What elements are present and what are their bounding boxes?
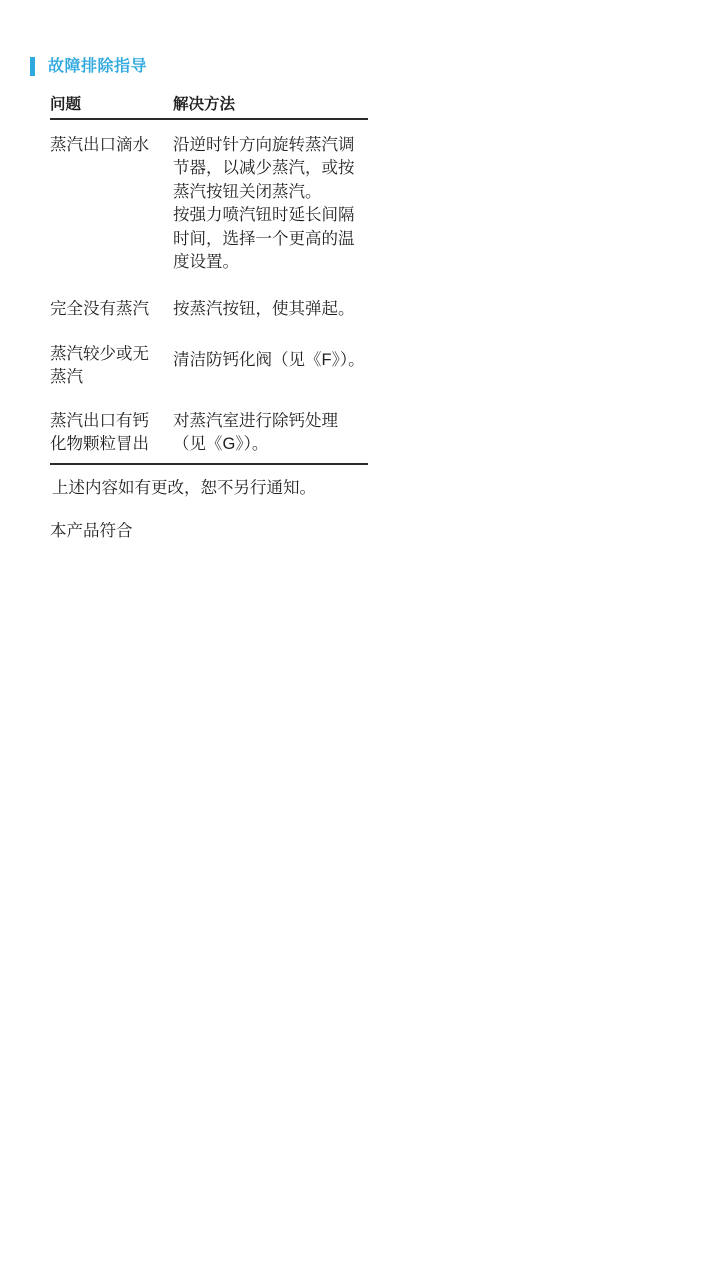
problem-cell: 蒸汽较少或无 蒸汽 <box>50 343 173 390</box>
table-row: 蒸汽较少或无 蒸汽 清洁防钙化阀（见《F》）。 <box>50 343 380 390</box>
column-header-solution: 解决方法 <box>173 95 383 115</box>
compliance-statement: 本产品符合 <box>50 520 380 543</box>
problem-cell: 蒸汽出口有钙 化物颗粒冒出 <box>50 410 173 457</box>
table-top-rule <box>50 118 368 120</box>
section-accent-bar <box>30 57 35 76</box>
solution-cell: 沿逆时针方向旋转蒸汽调 节器，以减少蒸汽，或按 蒸汽按钮关闭蒸汽。 按强力喷汽钮… <box>173 134 383 274</box>
table-bottom-rule <box>50 463 368 465</box>
problem-cell: 蒸汽出口滴水 <box>50 134 173 274</box>
change-notice: 上述内容如有更改，恕不另行通知。 <box>52 477 380 500</box>
problem-cell: 完全没有蒸汽 <box>50 298 173 321</box>
solution-cell: 清洁防钙化阀（见《F》）。 <box>173 343 383 390</box>
column-header-problem: 问题 <box>50 95 173 115</box>
manual-page: 故障排除指导 问题 解决方法 蒸汽出口滴水 沿逆时针方向旋转蒸汽调 节器，以减少… <box>0 0 723 1271</box>
table-row: 完全没有蒸汽 按蒸汽按钮，使其弹起。 <box>50 298 380 321</box>
table-row: 蒸汽出口有钙 化物颗粒冒出 对蒸汽室进行除钙处理 （见《G》）。 <box>50 410 380 457</box>
section-heading: 故障排除指导 <box>30 56 147 77</box>
table-row: 蒸汽出口滴水 沿逆时针方向旋转蒸汽调 节器，以减少蒸汽，或按 蒸汽按钮关闭蒸汽。… <box>50 134 380 274</box>
solution-cell: 对蒸汽室进行除钙处理 （见《G》）。 <box>173 410 383 457</box>
solution-cell: 按蒸汽按钮，使其弹起。 <box>173 298 383 321</box>
table-header-row: 问题 解决方法 <box>50 95 380 118</box>
troubleshooting-table: 问题 解决方法 蒸汽出口滴水 沿逆时针方向旋转蒸汽调 节器，以减少蒸汽，或按 蒸… <box>50 95 380 543</box>
section-title: 故障排除指导 <box>48 56 147 77</box>
